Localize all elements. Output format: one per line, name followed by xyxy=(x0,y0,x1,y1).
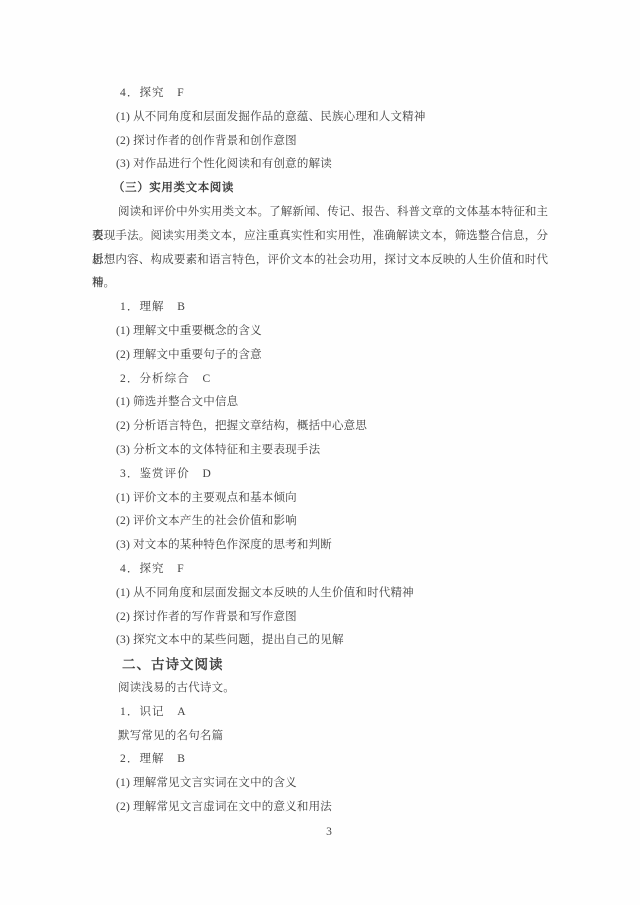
document-line: (2) 理解文中重要句子的含意 xyxy=(92,344,548,368)
document-line: 表现手法。阅读实用类文本，应注重真实性和实用性，准确解读文本，筛选整合信息，分析 xyxy=(92,225,548,249)
document-line: (2) 理解常见文言虚词在文中的意义和用法 xyxy=(92,796,548,820)
document-line: 神。 xyxy=(92,272,548,296)
document-line: (2) 分析语言特色，把握文章结构，概括中心意思 xyxy=(92,415,548,439)
document-line: 默写常见的名句名篇 xyxy=(92,725,548,749)
document-line: (1) 理解常见文言实词在文中的含义 xyxy=(92,772,548,796)
document-line: 2．理解 B xyxy=(92,748,548,772)
document-line: 阅读和评价中外实用类文本。了解新闻、传记、报告、科普文章的文体基本特征和主要 xyxy=(92,201,548,225)
document-line: (2) 探讨作者的创作背景和创作意图 xyxy=(92,130,548,154)
document-line: (1) 理解文中重要概念的含义 xyxy=(92,320,548,344)
document-line: (1) 评价文本的主要观点和基本倾向 xyxy=(92,487,548,511)
document-line: 阅读浅易的古代诗文。 xyxy=(92,677,548,701)
document-line: 1．理解 B xyxy=(92,296,548,320)
document-line: 4．探究 F xyxy=(92,558,548,582)
document-content: 4．探究 F(1) 从不同角度和层面发掘作品的意蕴、民族心理和人文精神(2) 探… xyxy=(0,0,640,820)
document-line: 1．识记 A xyxy=(92,701,548,725)
document-line: (2) 探讨作者的写作背景和写作意图 xyxy=(92,606,548,630)
page-number: 3 xyxy=(0,824,640,840)
document-line: (3) 分析文本的文体特征和主要表现手法 xyxy=(92,439,548,463)
document-line: 二、古诗文阅读 xyxy=(92,653,548,677)
document-line: (3) 对作品进行个性化阅读和有创意的解读 xyxy=(92,153,548,177)
document-line: (1) 从不同角度和层面发掘作品的意蕴、民族心理和人文精神 xyxy=(92,106,548,130)
document-line: (2) 评价文本产生的社会价值和影响 xyxy=(92,510,548,534)
document-line: (1) 从不同角度和层面发掘文本反映的人生价值和时代精神 xyxy=(92,582,548,606)
document-line: 思想内容、构成要素和语言特色，评价文本的社会功用，探讨文本反映的人生价值和时代精 xyxy=(92,249,548,273)
document-line: (3) 探究文本中的某些问题，提出自己的见解 xyxy=(92,629,548,653)
document-line: 2．分析综合 C xyxy=(92,368,548,392)
document-page: 4．探究 F(1) 从不同角度和层面发掘作品的意蕴、民族心理和人文精神(2) 探… xyxy=(0,0,640,905)
document-line: （三）实用类文本阅读 xyxy=(92,177,548,201)
document-line: (3) 对文本的某种特色作深度的思考和判断 xyxy=(92,534,548,558)
document-line: (1) 筛选并整合文中信息 xyxy=(92,391,548,415)
document-line: 3．鉴赏评价 D xyxy=(92,463,548,487)
document-line: 4．探究 F xyxy=(92,82,548,106)
